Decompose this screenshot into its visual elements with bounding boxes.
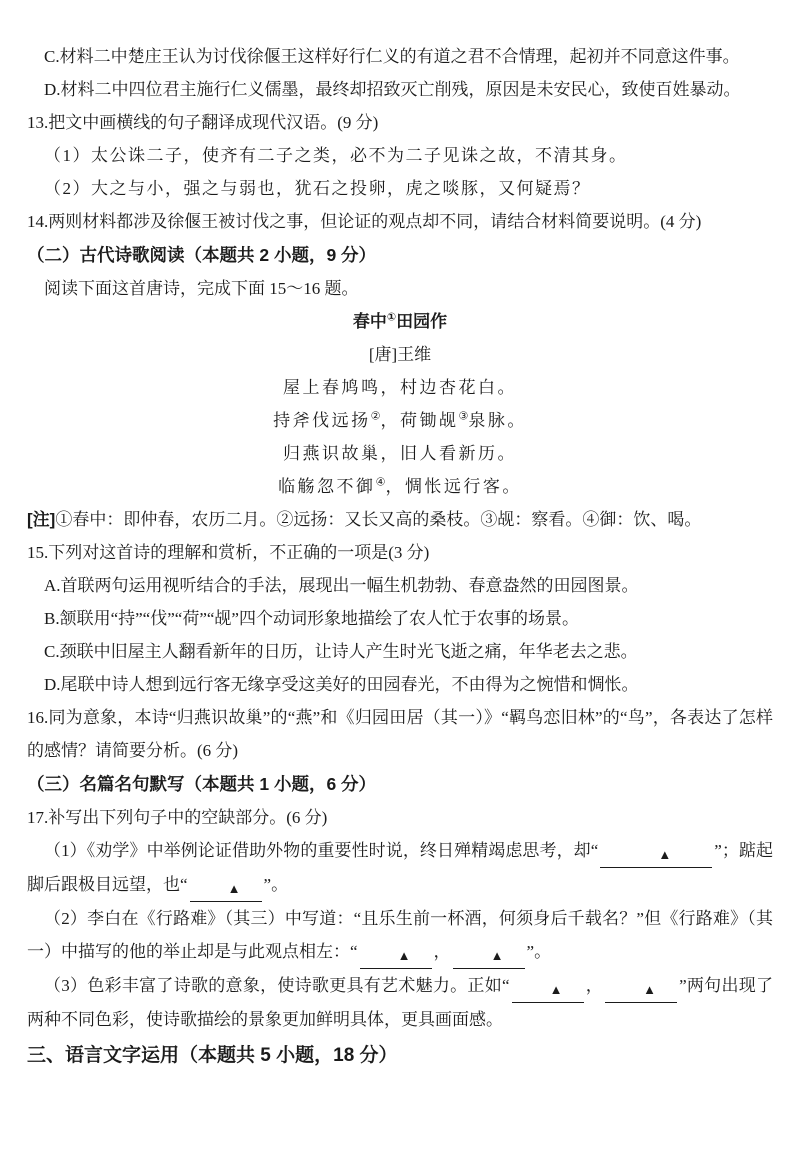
q15-option-a: A.首联两句运用视听结合的手法，展现出一幅生机勃勃、春意盎然的田园图景。 <box>27 569 773 602</box>
q17-item-3-text: （3）色彩丰富了诗歌的意象，使诗歌更具有艺术魅力。正如“ <box>44 976 510 995</box>
poem-line-2: 持斧伐远扬②，荷锄觇③泉脉。 <box>27 404 773 437</box>
poem-title-text: 春中 <box>353 312 387 331</box>
q17-item-1-text: （1）《劝学》中举例论证借助外物的重要性时说，终日殚精竭虑思考，却“ <box>44 841 598 860</box>
q15-option-c: C.颈联中旧屋主人翻看新年的日历，让诗人产生时光飞逝之痛，年华老去之悲。 <box>27 635 773 668</box>
q17-item-2-text: ， <box>434 942 451 961</box>
poem-intro: 阅读下面这首唐诗，完成下面 15～16 题。 <box>27 272 773 305</box>
poem-text: ，荷锄觇 <box>381 411 459 430</box>
poem-line-1: 屋上春鸠鸣，村边杏花白。 <box>27 371 773 404</box>
poem-line-3: 归燕识故巢，旧人看新历。 <box>27 437 773 470</box>
q13-sentence-1: （1）太公诛二子，使齐有二子之类，必不为二子见诛之故，不清其身。 <box>27 139 773 172</box>
q17-item-1: （1）《劝学》中举例论证借助外物的重要性时说，终日殚精竭虑思考，却“▲”；踮起脚… <box>27 834 773 902</box>
footnote-ref-2: ② <box>371 410 381 422</box>
triangle-mark: ▲ <box>228 881 241 896</box>
poem-title: 春中①田园作 <box>27 305 773 338</box>
q13-sentence-2: （2）大之与小，强之与弱也，犹石之投卵，虎之啖豚，又何疑焉？ <box>27 172 773 205</box>
triangle-mark: ▲ <box>550 982 563 997</box>
triangle-mark: ▲ <box>658 847 671 862</box>
poem-author: [唐]王维 <box>27 338 773 371</box>
section-3-heading: （三）名篇名句默写（本题共 1 小题，6 分） <box>27 768 773 801</box>
triangle-mark: ▲ <box>643 982 656 997</box>
triangle-mark: ▲ <box>491 948 504 963</box>
footnote-ref-3: ③ <box>459 410 469 422</box>
footnote-ref-1: ① <box>387 311 396 323</box>
answer-blank: ▲ <box>453 946 525 969</box>
question-15-stem: 15.下列对这首诗的理解和赏析，不正确的一项是(3 分) <box>27 536 773 569</box>
q17-item-2-text: ”。 <box>527 942 552 961</box>
answer-blank: ▲ <box>190 879 262 902</box>
poem-text: ，惆怅远行客。 <box>385 477 522 496</box>
question-17-stem: 17.补写出下列句子中的空缺部分。(6 分) <box>27 801 773 834</box>
poem-text: 泉脉。 <box>468 411 527 430</box>
section-2-heading: （二）古代诗歌阅读（本题共 2 小题，9 分） <box>27 239 773 272</box>
option-c: C.材料二中楚庄王认为讨伐徐偃王这样好行仁义的有道之君不合情理，起初并不同意这件… <box>27 40 773 73</box>
poem-notes: [注]①春中：即仲春，农历二月。②远扬：又长又高的桑枝。③觇：察看。④御：饮、喝… <box>27 503 773 536</box>
triangle-mark: ▲ <box>398 948 411 963</box>
q17-item-3-text: ， <box>586 976 604 995</box>
poem-text: 持斧伐远扬 <box>273 411 371 430</box>
question-13-stem: 13.把文中画横线的句子翻译成现代汉语。(9 分) <box>27 106 773 139</box>
question-14-stem: 14.两则材料都涉及徐偃王被讨伐之事，但论证的观点却不同，请结合材料简要说明。(… <box>27 205 773 238</box>
option-d: D.材料二中四位君主施行仁义儒墨，最终却招致灭亡削残，原因是未安民心，致使百姓暴… <box>27 73 773 106</box>
section-iii-heading: 三、语言文字运用（本题共 5 小题，18 分） <box>27 1039 773 1072</box>
q15-option-b: B.颔联用“持”“伐”“荷”“觇”四个动词形象地描绘了农人忙于农事的场景。 <box>27 602 773 635</box>
answer-blank: ▲ <box>512 980 584 1003</box>
poem-title-text: 田园作 <box>396 312 447 331</box>
q17-item-2: （2）李白在《行路难》（其三）中写道：“且乐生前一杯酒，何须身后千载名？”但《行… <box>27 902 773 969</box>
answer-blank: ▲ <box>360 946 432 969</box>
answer-blank: ▲ <box>600 845 712 868</box>
q17-item-3: （3）色彩丰富了诗歌的意象，使诗歌更具有艺术魅力。正如“▲，▲”两句出现了两种不… <box>27 969 773 1036</box>
note-text: ①春中：即仲春，农历二月。②远扬：又长又高的桑枝。③觇：察看。④御：饮、喝。 <box>55 510 701 529</box>
answer-blank: ▲ <box>605 980 677 1003</box>
note-label: [注] <box>27 510 55 529</box>
q15-option-d: D.尾联中诗人想到远行客无缘享受这美好的田园春光，不由得为之惋惜和惆怅。 <box>27 668 773 701</box>
poem-line-4: 临觞忽不御④，惆怅远行客。 <box>27 470 773 503</box>
poem-text: 临觞忽不御 <box>278 477 376 496</box>
exam-page: C.材料二中楚庄王认为讨伐徐偃王这样好行仁义的有道之君不合情理，起初并不同意这件… <box>0 0 800 1150</box>
q17-item-1-text: ”。 <box>264 875 289 894</box>
question-16-stem: 16.同为意象，本诗“归燕识故巢”的“燕”和《归园田居（其一）》“羁鸟恋旧林”的… <box>27 701 773 767</box>
footnote-ref-4: ④ <box>376 476 386 488</box>
